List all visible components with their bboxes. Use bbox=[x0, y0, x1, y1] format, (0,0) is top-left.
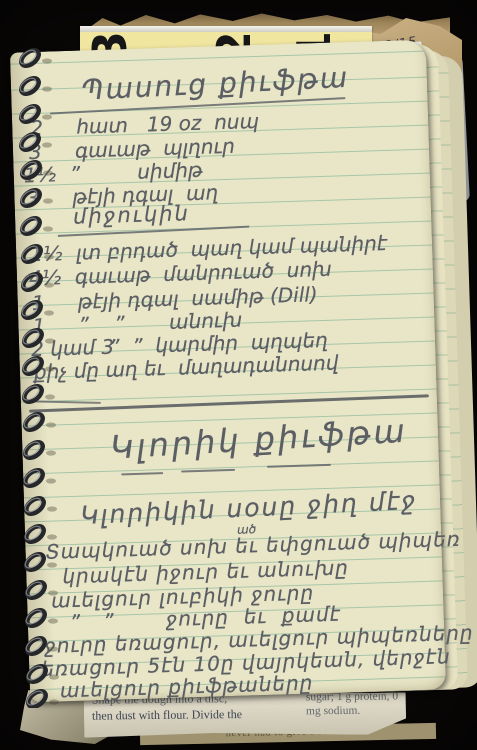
ingredient-text: գաւաթ պլղուր bbox=[75, 136, 235, 161]
title-underline-dash bbox=[181, 469, 235, 473]
ingredient-text: ” սիմիթ bbox=[69, 160, 203, 184]
clipping-right-column: sugar; 1 g protein, 0 mg sodium. bbox=[306, 692, 406, 718]
step-line: Տապկուած սոխ եւ եփցուած պիպեռ bbox=[45, 529, 461, 562]
filling-heading: միջուկին bbox=[73, 203, 190, 228]
spiral-binding bbox=[4, 44, 68, 708]
notebook-page: Պասուց քիւֆթա 2 հատ 19 oz ոսպ 3 գաւաթ պլ… bbox=[10, 40, 446, 703]
ingredient-row: 1½ լտ բրդած պաղ կամ պանիրէ bbox=[30, 233, 387, 264]
ingredient-text: լտ բրդած պաղ կամ պանիրէ bbox=[76, 233, 387, 263]
ingredient-text: թէյի դգալ սամիթ (Dill) bbox=[77, 284, 318, 312]
title-underline-dash bbox=[121, 472, 163, 475]
title-underline-dash bbox=[267, 464, 331, 468]
clipping-line: then dust with flour. Divide the bbox=[92, 705, 302, 723]
recipe2-title: Կլորիկ քիւֆթա bbox=[109, 415, 408, 464]
photo-of-notebook: 2 2/15 3 2 1 Պասուց քիւֆթա 2 հատ 19 oz ո… bbox=[0, 0, 477, 750]
